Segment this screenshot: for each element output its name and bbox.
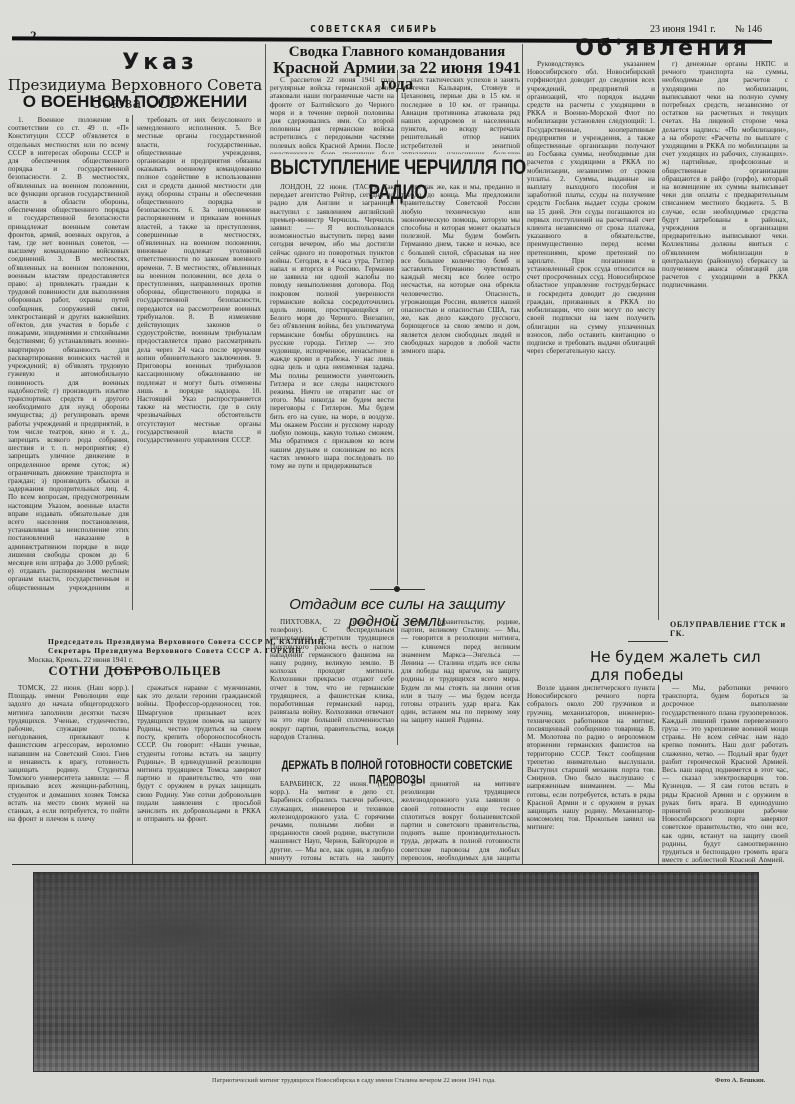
rally-photo: [33, 872, 759, 1072]
photo-caption: Патриотический митинг трудящихся Новосиб…: [212, 1077, 496, 1084]
photo-credit: Фото А. Бешкин.: [715, 1077, 765, 1084]
locomotives-column-2: В принятой на митинге резолюции трудящие…: [401, 780, 520, 862]
decree-title: О ВОЕННОМ ПОЛОЖЕНИИ: [10, 92, 260, 112]
decree-heading: Указ: [60, 50, 260, 75]
volunteers-heading: СОТНИ ДОБРОВОЛЬЦЕВ: [10, 664, 260, 679]
otdadim-column-1: ПИХТОВКА, 22 июня. (По телефону). С бесп…: [270, 618, 394, 756]
decree-column-1: 1. Военное положение в соответствии со с…: [8, 116, 129, 594]
volunteers-column-1: ТОМСК, 22 июня. (Наш корр.). Площадь име…: [8, 684, 129, 862]
churchill-column-2: его так же, как и мы, преданно и твердо …: [401, 183, 520, 583]
decree-column-2: требовать от них безусловного и немедлен…: [137, 116, 261, 596]
column-divider: [265, 44, 266, 864]
svodka-column-1: С рассветом 22 июня 1941 года регулярные…: [270, 76, 394, 154]
announcements-column-1: Руководствуясь указанием Новосибирского …: [527, 60, 655, 630]
volunteers-column-2: сражаться наравне с мужчинами, как это д…: [137, 684, 261, 862]
no-spare-effort-title-line-2: для победы: [590, 666, 790, 684]
otdadim-column-2: вость правительству, родине, партии, вел…: [401, 618, 520, 756]
section-rule: [628, 641, 668, 642]
column-divider: [658, 60, 659, 620]
column-divider: [658, 685, 659, 865]
column-divider: [397, 180, 398, 585]
svodka-column-2: ных тактических успехов и занять местечк…: [401, 76, 520, 154]
no-spare-effort-column-2: — Мы, работники речного транспорта, буде…: [662, 684, 788, 862]
section-rule: [12, 864, 772, 865]
issue-number: № 146: [735, 24, 762, 35]
paper-name: СОВЕТСКАЯ СИБИРЬ: [310, 24, 438, 35]
decree-place-date: Москва, Кремль. 22 июня 1941 г.: [28, 655, 133, 664]
locomotives-column-1: БАРАБИНСК, 22 июня. (Наш корр.). На мити…: [270, 780, 394, 862]
column-divider: [132, 685, 133, 865]
signature-secretary: Секретарь Президиума Верховного Совета С…: [48, 646, 305, 655]
no-spare-effort-heading: Не будем жалеть сил для победы: [590, 648, 790, 684]
column-divider: [397, 620, 398, 745]
column-divider: [397, 780, 398, 865]
churchill-column-1: ЛОНДОН, 22 июня. (ТАСС). Как передает аг…: [270, 183, 394, 583]
newspaper-page: 2 СОВЕТСКАЯ СИБИРЬ 23 июня 1941 г. № 146…: [0, 0, 795, 1104]
no-spare-effort-column-1: Возле здания диспетчерского пункта Новос…: [527, 684, 655, 862]
ornament-dot: [394, 586, 400, 592]
announcements-heading: Об'явления: [530, 36, 795, 61]
issue-date: 23 июня 1941 г.: [650, 24, 716, 35]
column-divider: [132, 115, 133, 610]
announcements-signature: ОБЛУПРАВЛЕНИЕ ГТСК и ГК.: [670, 620, 795, 638]
no-spare-effort-title-line-1: Не будем жалеть сил: [590, 648, 790, 666]
announcements-column-2: г) денежные органы НКПС и речного трансп…: [662, 60, 788, 615]
